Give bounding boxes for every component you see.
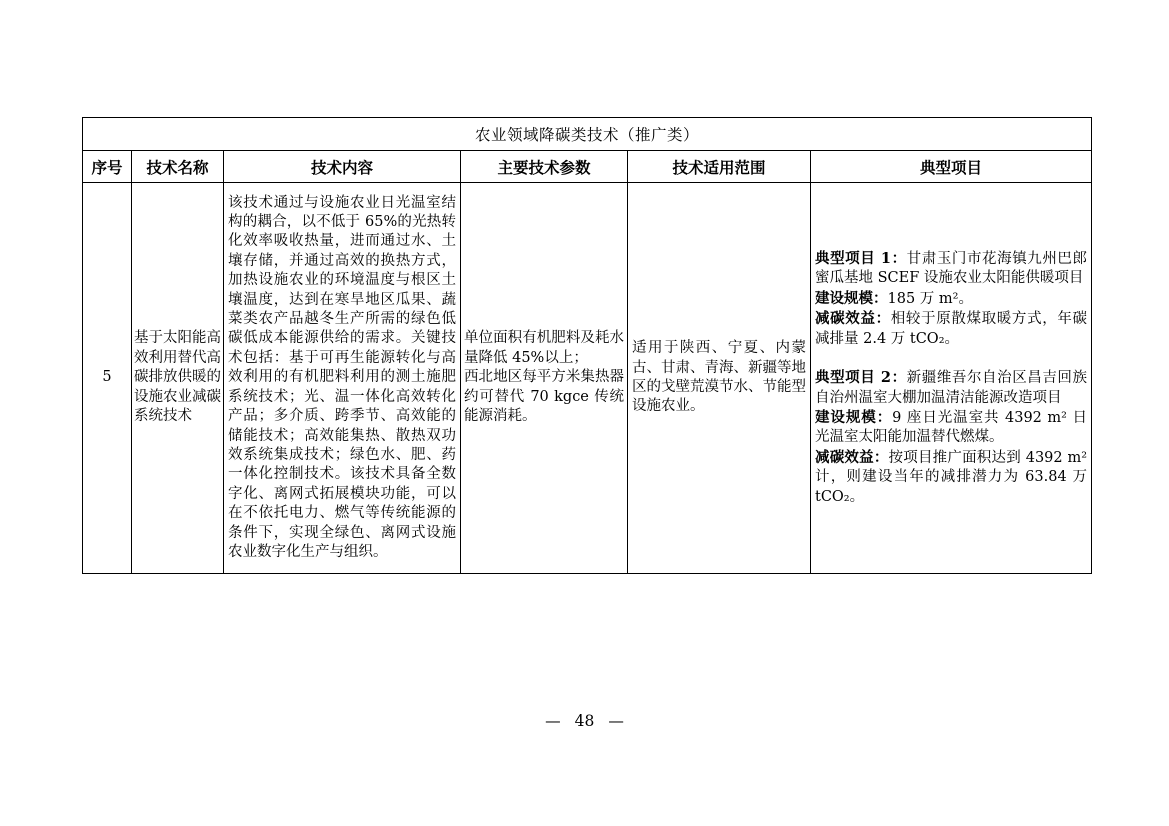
header-projects: 典型项目 [811,151,1092,183]
scale-label: 建设规模： [815,290,888,307]
header-seq: 序号 [83,151,132,183]
project-2: 典型项目 2：新疆维吾尔自治区昌吉回族自治州温室大棚加温清洁能源改造项目 建设规… [815,368,1087,507]
project-label: 典型项目 2： [815,369,907,386]
cell-tech-content: 该技术通过与设施农业日光温室结构的耦合，以不低于 65%的光热转化效率吸收热量，… [224,183,461,574]
project-benefit-line: 减碳效益：相较于原散煤取暖方式，年碳减排量 2.4 万 tCO₂。 [815,309,1087,349]
project-scale-line: 建设规模：9 座日光温室共 4392 m² 日光温室太阳能加温替代燃煤。 [815,408,1087,448]
cell-tech-name: 基于太阳能高效利用替代高碳排放供暖的设施农业减碳系统技术 [132,183,224,574]
footer-dash-left: — [545,712,561,730]
project-title-line: 典型项目 2：新疆维吾尔自治区昌吉回族自治州温室大棚加温清洁能源改造项目 [815,368,1087,408]
header-tech-content: 技术内容 [224,151,461,183]
benefit-label: 减碳效益： [815,449,889,466]
table-row: 5 基于太阳能高效利用替代高碳排放供暖的设施农业减碳系统技术 该技术通过与设施农… [83,183,1092,574]
parameter-item: 西北地区每平方米集热器约可替代 70 kgce 传统能源消耗。 [464,368,624,426]
header-parameters: 主要技术参数 [461,151,628,183]
project-label: 典型项目 1： [815,250,907,267]
project-scale-line: 建设规模：185 万 m²。 [815,289,1087,309]
scale-label: 建设规模： [815,409,892,426]
parameter-item: 单位面积有机肥料及耗水量降低 45%以上； [464,329,624,368]
technology-table: 农业领域降碳类技术（推广类） 序号 技术名称 技术内容 主要技术参数 技术适用范… [82,117,1092,574]
footer-page-number: 48 [575,712,595,730]
project-title-line: 典型项目 1：甘肃玉门市花海镇九州巴郎蜜瓜基地 SCEF 设施农业太阳能供暖项目 [815,249,1087,289]
table-title-row: 农业领域降碳类技术（推广类） [83,118,1092,151]
project-1: 典型项目 1：甘肃玉门市花海镇九州巴郎蜜瓜基地 SCEF 设施农业太阳能供暖项目… [815,249,1087,349]
table-title: 农业领域降碳类技术（推广类） [83,118,1092,151]
cell-seq: 5 [83,183,132,574]
scale-value: 185 万 m²。 [888,291,973,307]
project-benefit-line: 减碳效益：按项目推广面积达到 4392 m² 计，则建设当年的减排潜力为 63.… [815,448,1087,507]
table-header-row: 序号 技术名称 技术内容 主要技术参数 技术适用范围 典型项目 [83,151,1092,183]
footer-dash-right: — [608,712,624,730]
cell-projects: 典型项目 1：甘肃玉门市花海镇九州巴郎蜜瓜基地 SCEF 设施农业太阳能供暖项目… [811,183,1092,574]
header-scope: 技术适用范围 [628,151,811,183]
page-footer: — 48 — [0,712,1169,730]
benefit-label: 减碳效益： [815,310,891,327]
cell-parameters: 单位面积有机肥料及耗水量降低 45%以上； 西北地区每平方米集热器约可替代 70… [461,183,628,574]
header-tech-name: 技术名称 [132,151,224,183]
document-page: 农业领域降碳类技术（推广类） 序号 技术名称 技术内容 主要技术参数 技术适用范… [0,0,1169,826]
cell-scope: 适用于陕西、宁夏、内蒙古、甘肃、青海、新疆等地区的戈壁荒漠节水、节能型设施农业。 [628,183,811,574]
